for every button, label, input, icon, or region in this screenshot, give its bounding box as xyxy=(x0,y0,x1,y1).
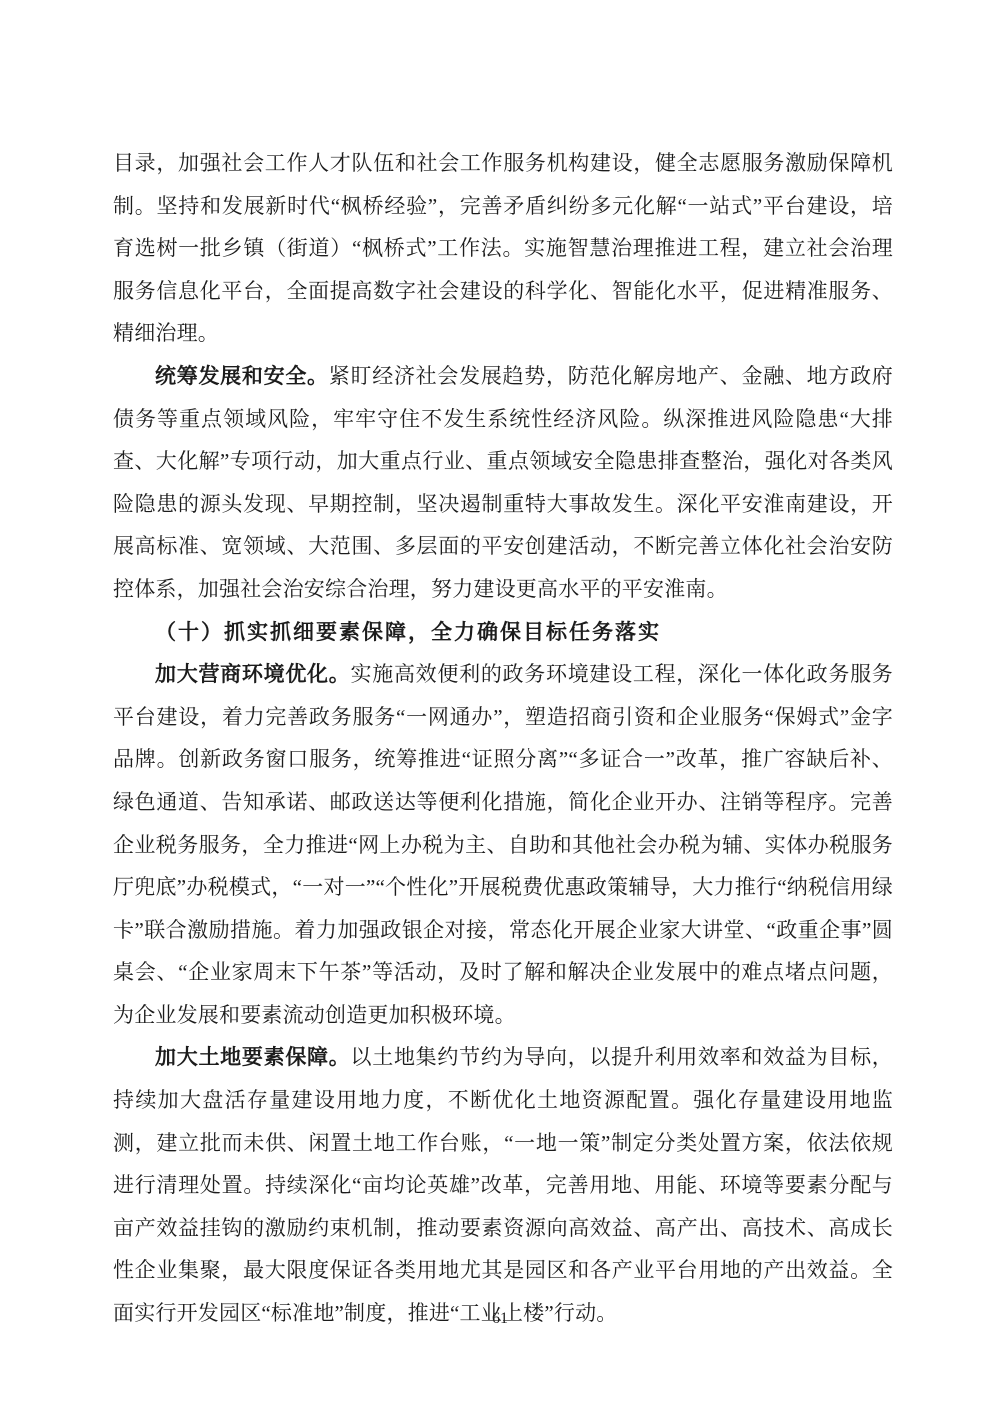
paragraph-lead-bold: 统筹发展和安全。 xyxy=(155,364,329,388)
paragraph-text: 紧盯经济社会发展趋势，防范化解房地产、金融、地方政府债务等重点领域风险，牢牢守住… xyxy=(113,364,893,601)
page-number: 61 xyxy=(0,1310,1000,1328)
paragraph-development-and-safety: 统筹发展和安全。紧盯经济社会发展趋势，防范化解房地产、金融、地方政府债务等重点领… xyxy=(113,355,893,611)
paragraph-business-environment: 加大营商环境优化。实施高效便利的政务环境建设工程，深化一体化政务服务平台建设，着… xyxy=(113,653,893,1036)
paragraph-text: 实施高效便利的政务环境建设工程，深化一体化政务服务平台建设，着力完善政务服务“一… xyxy=(113,662,893,1027)
paragraph-lead-bold: 加大营商环境优化。 xyxy=(155,662,351,686)
paragraph-text: 目录，加强社会工作人才队伍和社会工作服务机构建设，健全志愿服务激励保障机制。坚持… xyxy=(113,151,893,345)
paragraph-text: 以土地集约节约为导向，以提升利用效率和效益为目标，持续加大盘活存量建设用地力度，… xyxy=(113,1045,893,1325)
text-column: 目录，加强社会工作人才队伍和社会工作服务机构建设，健全志愿服务激励保障机制。坚持… xyxy=(113,142,893,1335)
paragraph-lead-bold: 加大土地要素保障。 xyxy=(155,1045,351,1069)
paragraph-land-guarantee: 加大土地要素保障。以土地集约节约为导向，以提升利用效率和效益为目标，持续加大盘活… xyxy=(113,1036,893,1334)
paragraph-social-governance-continuation: 目录，加强社会工作人才队伍和社会工作服务机构建设，健全志愿服务激励保障机制。坚持… xyxy=(113,142,893,355)
section-heading-ten: （十）抓实抓细要素保障，全力确保目标任务落实 xyxy=(113,611,893,654)
section-heading-text: （十）抓实抓细要素保障，全力确保目标任务落实 xyxy=(155,620,661,644)
document-page: 目录，加强社会工作人才队伍和社会工作服务机构建设，健全志愿服务激励保障机制。坚持… xyxy=(0,0,1000,1415)
